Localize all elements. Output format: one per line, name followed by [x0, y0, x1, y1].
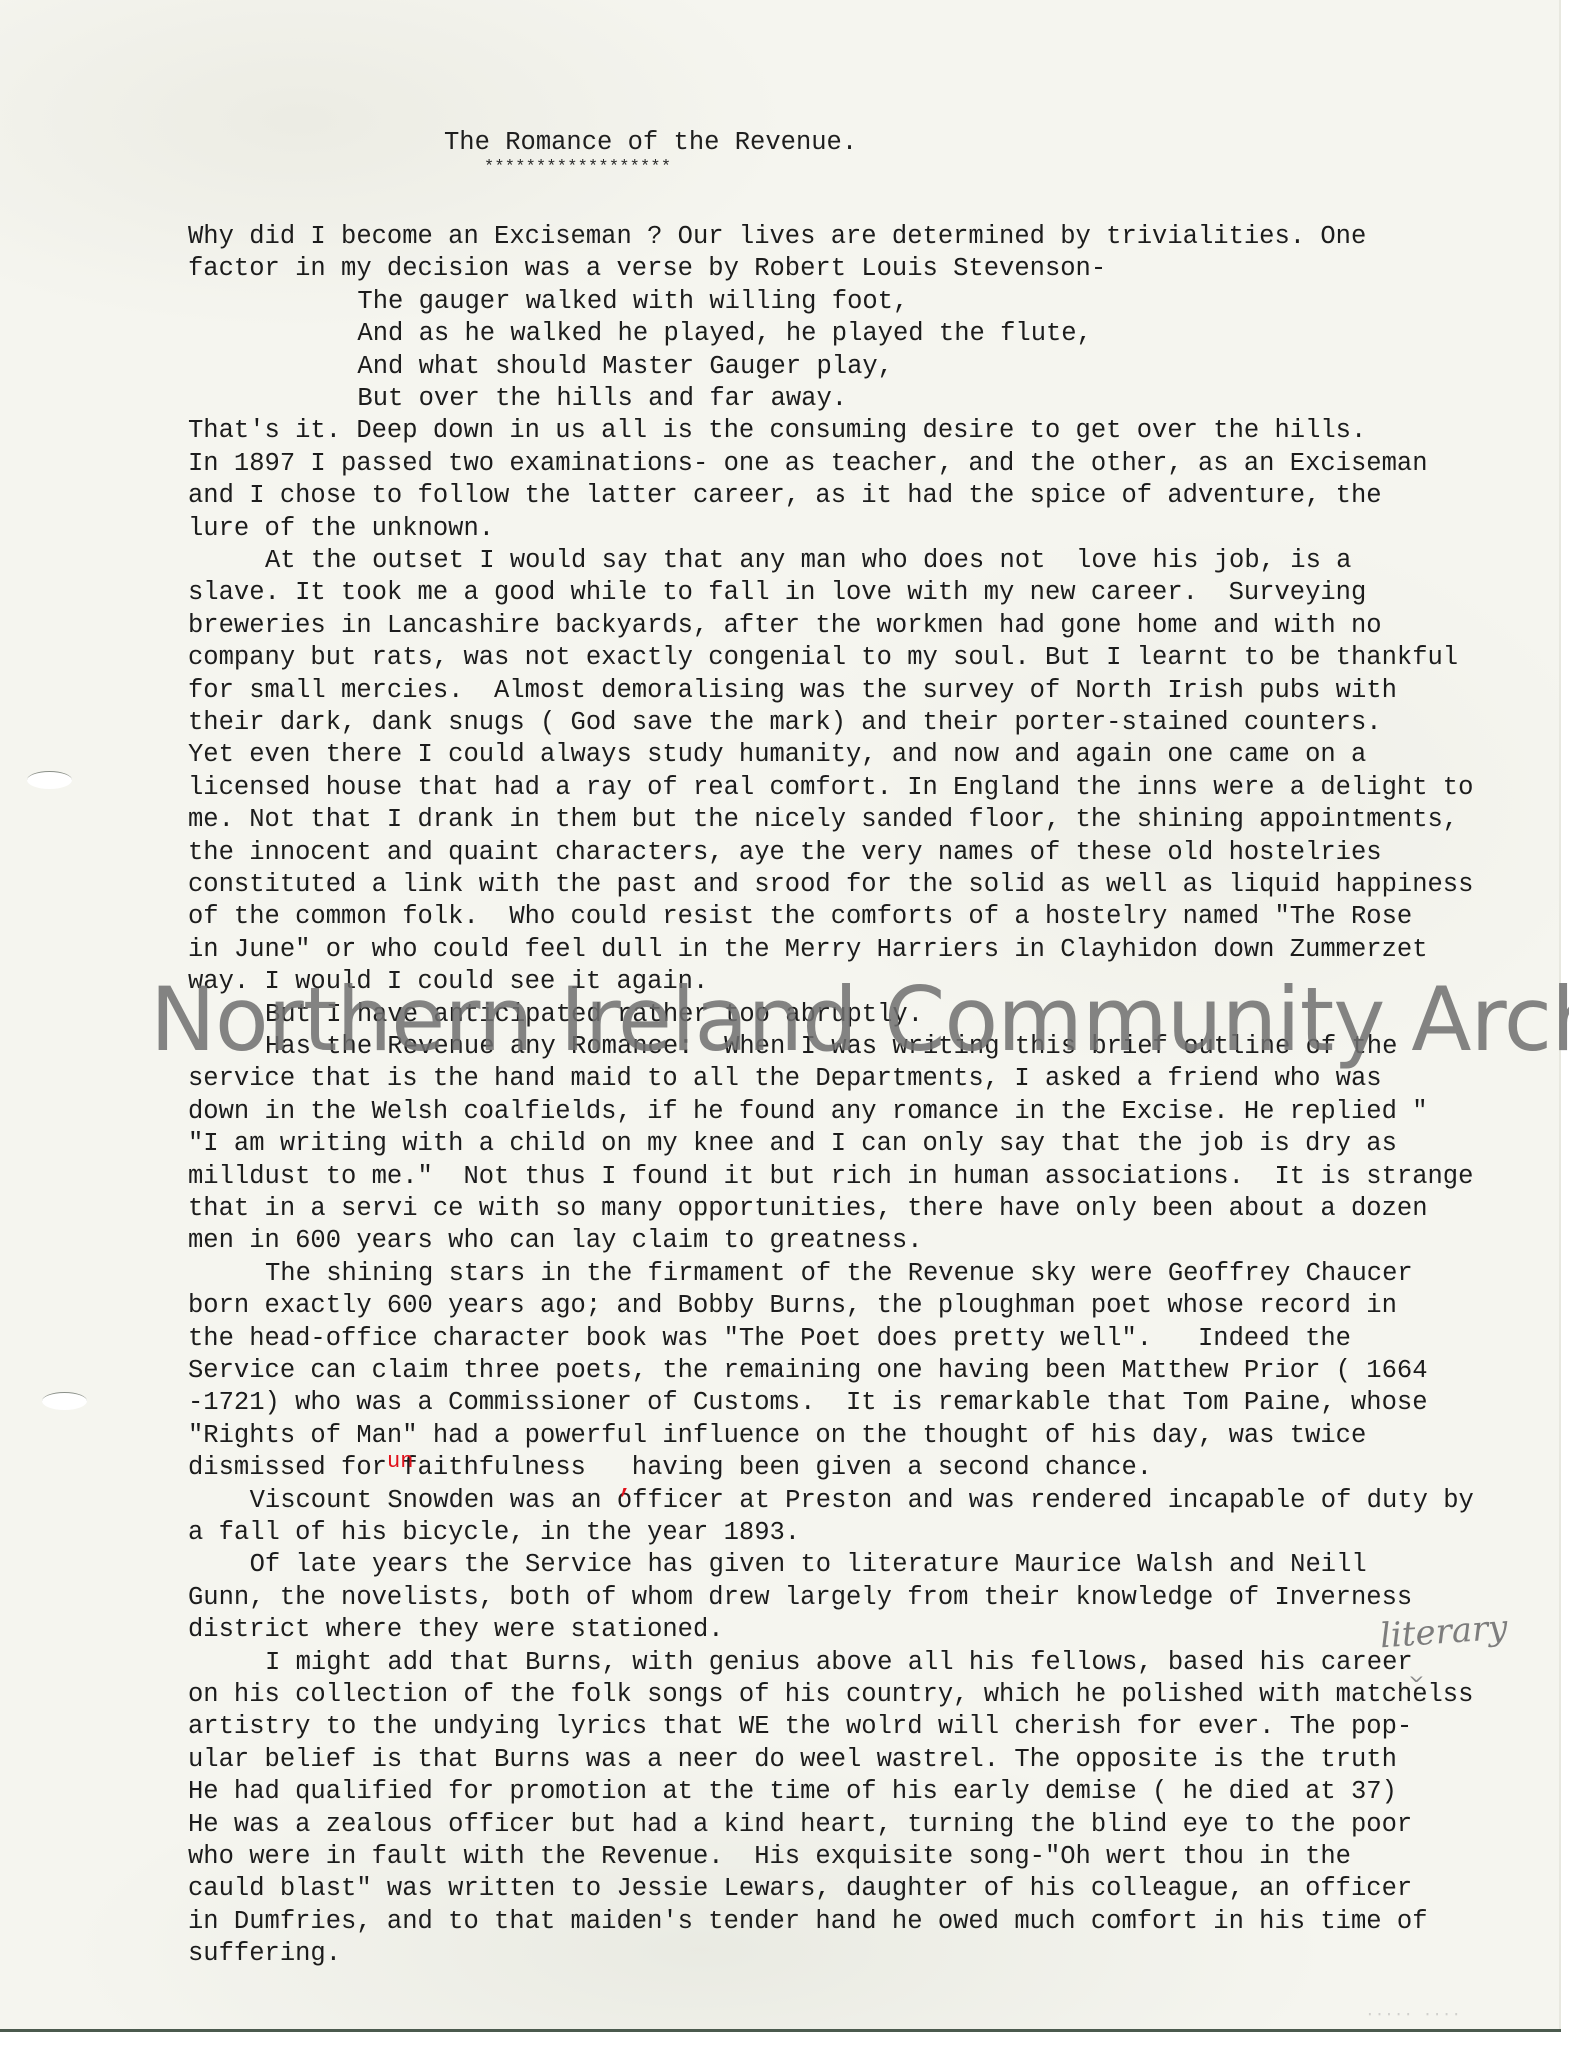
red-correction-comma: , [618, 1470, 634, 1500]
text-line: for small mercies. Almost demoralising w… [188, 676, 1397, 706]
text-line: The shining stars in the firmament of th… [265, 1259, 1413, 1289]
text-line: who were in fault with the Revenue. His … [188, 1842, 1351, 1872]
text-line: dismissed for faithfulness having been g… [188, 1453, 1152, 1483]
text-line: And as he walked he played, he played th… [357, 319, 1092, 349]
text-line: the head-office character book was "The … [188, 1324, 1351, 1354]
text-line: Yet even there I could always study huma… [188, 740, 1366, 770]
text-line: and I chose to follow the latter career,… [188, 481, 1382, 511]
text-line: the innocent and quaint characters, aye … [188, 838, 1382, 868]
text-line: factor in my decision was a verse by Rob… [188, 254, 1106, 284]
text-line: He had qualified for promotion at the ti… [188, 1777, 1397, 1807]
punch-hole-lower [42, 1392, 87, 1410]
text-line: on his collection of the folk songs of h… [188, 1680, 1473, 1710]
watermark: Northern Ireland Community Archive [150, 968, 1569, 1071]
text-line: He was a zealous officer but had a kind … [188, 1810, 1412, 1840]
text-line: -1721) who was a Commissioner of Customs… [188, 1388, 1428, 1418]
text-line: cauld blast" was written to Jessie Lewar… [188, 1874, 1412, 1904]
text-line: licensed house that had a ray of real co… [188, 773, 1473, 803]
insertion-caret-icon: ^ [1408, 1662, 1425, 1686]
text-line: At the outset I would say that any man w… [265, 546, 1351, 576]
text-line: But over the hills and far away. [357, 384, 847, 414]
text-line: Service can claim three poets, the remai… [188, 1356, 1428, 1386]
text-line: breweries in Lancashire backyards, after… [188, 611, 1382, 641]
text-line: company but rats, was not exactly congen… [188, 643, 1458, 673]
punch-hole-upper [27, 771, 72, 789]
text-line: of the common folk. Who could resist the… [188, 902, 1412, 932]
archive-stamp: ···· ····· [1365, 2005, 1461, 2023]
text-line: that in a servi ce with so many opportun… [188, 1194, 1428, 1224]
text-line: milldust to me." Not thus I found it but… [188, 1162, 1473, 1192]
text-line: in June" or who could feel dull in the M… [188, 935, 1428, 965]
text-line: born exactly 600 years ago; and Bobby Bu… [188, 1291, 1397, 1321]
red-correction-un: un [387, 1449, 413, 1474]
text-line: Of late years the Service has given to l… [250, 1550, 1367, 1580]
text-line: The gauger walked with willing foot, [357, 287, 908, 317]
text-line: in Dumfries, and to that maiden's tender… [188, 1907, 1428, 1937]
text-line: In 1897 I passed two examinations- one a… [188, 449, 1428, 479]
text-line: down in the Welsh coalfields, if he foun… [188, 1097, 1428, 1127]
text-line: That's it. Deep down in us all is the co… [188, 416, 1366, 446]
title-underline-asterisks: ****************** [484, 158, 671, 177]
text-line: lure of the unknown. [188, 514, 494, 544]
text-line: Why did I become an Exciseman ? Our live… [188, 222, 1366, 252]
text-line: men in 600 years who can lay claim to gr… [188, 1226, 923, 1256]
text-line: ular belief is that Burns was a neer do … [188, 1745, 1397, 1775]
handwritten-insert: literary [1379, 1608, 1509, 1657]
text-line: slave. It took me a good while to fall i… [188, 578, 1366, 608]
text-line: constituted a link with the past and sro… [188, 870, 1473, 900]
text-line: district where they were stationed. [188, 1615, 724, 1645]
typed-page: The Romance of the Revenue. ************… [0, 0, 1561, 2032]
page-title: The Romance of the Revenue. [444, 128, 857, 157]
text-line: suffering. [188, 1939, 341, 1969]
text-line: me. Not that I drank in them but the nic… [188, 805, 1458, 835]
text-line: artistry to the undying lyrics that WE t… [188, 1712, 1412, 1742]
text-line: Gunn, the novelists, both of whom drew l… [188, 1583, 1412, 1613]
text-line: Viscount Snowden was an officer at Prest… [250, 1486, 1474, 1516]
text-line: their dark, dank snugs ( God save the ma… [188, 708, 1382, 738]
text-line: "Rights of Man" had a powerful influence… [188, 1421, 1366, 1451]
text-line: And what should Master Gauger play, [357, 352, 893, 382]
text-line: I might add that Burns, with genius abov… [265, 1648, 1413, 1678]
text-line: a fall of his bicycle, in the year 1893. [188, 1518, 800, 1548]
text-line: "I am writing with a child on my knee an… [188, 1129, 1397, 1159]
